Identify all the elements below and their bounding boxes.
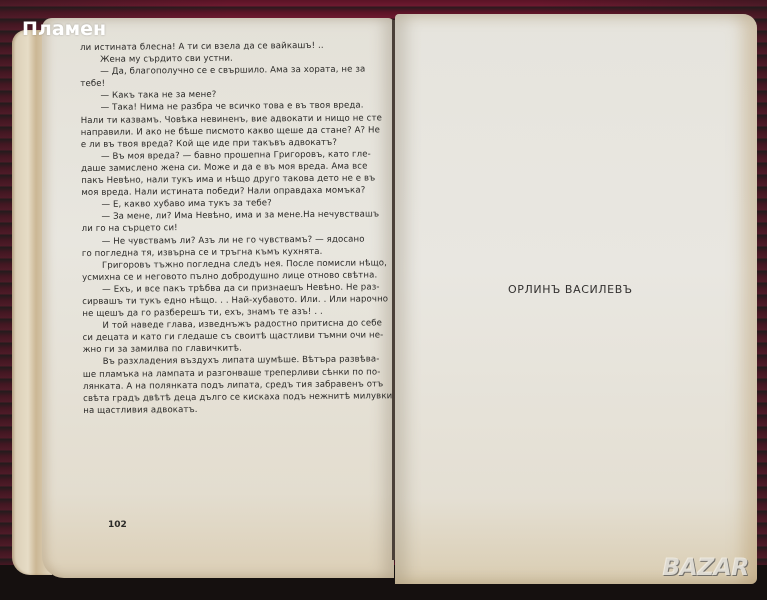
- author-name: ОРЛИНЪ ВАСИЛЕВЪ: [508, 283, 633, 296]
- book-spine: [392, 20, 395, 560]
- right-book-page: [395, 14, 757, 584]
- left-page-text: ли истината блесна! А ти си взела да се …: [80, 39, 388, 417]
- seller-name-watermark: Пламен: [22, 18, 106, 40]
- bazar-logo-watermark: BAZAR: [662, 553, 748, 581]
- page-number: 102: [108, 520, 127, 530]
